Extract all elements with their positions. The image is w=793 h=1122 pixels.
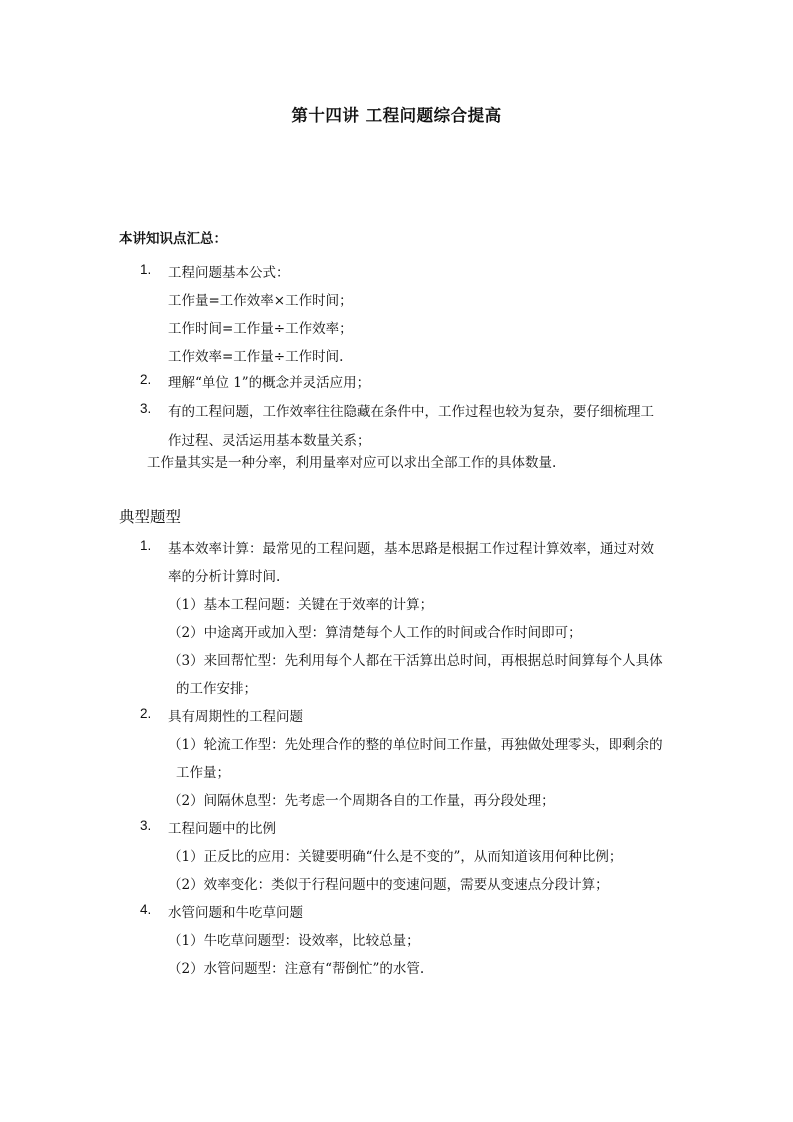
- list-item: 有的工程问题，工作效率往往隐藏在条件中，工作过程也较为复杂，要仔细梳理工: [168, 400, 654, 420]
- list-number: 2.: [140, 372, 151, 387]
- sub-item-continued: 的工作安排；: [176, 677, 257, 697]
- typical-heading: 典型题型: [119, 505, 181, 527]
- sub-item-continued: 工作量；: [176, 761, 230, 781]
- list-item: 水管问题和牛吃草问题: [168, 901, 303, 921]
- list-number: 2.: [140, 706, 151, 721]
- formula: 工作量=工作效率×工作时间；: [168, 289, 353, 309]
- summary-note: 工作量其实是一种分率，利用量率对应可以求出全部工作的具体数量.: [147, 451, 556, 471]
- list-item: 理解“单位 1”的概念并灵活应用；: [168, 371, 370, 391]
- list-number: 1.: [140, 262, 151, 277]
- list-item: 工程问题基本公式：: [168, 261, 290, 281]
- list-number: 1.: [140, 538, 151, 553]
- sub-item: （1）轮流工作型：先处理合作的整的单位时间工作量，再独做处理零头，即剩余的: [168, 733, 663, 753]
- list-item: 基本效率计算：最常见的工程问题，基本思路是根据工作过程计算效率，通过对效: [168, 537, 654, 557]
- sub-item: （3）来回帮忙型：先利用每个人都在干活算出总时间，再根据总时间算每个人具体: [168, 649, 663, 669]
- sub-item: （1）牛吃草问题型：设效率，比较总量；: [168, 929, 420, 949]
- list-number: 3.: [140, 401, 151, 416]
- sub-item: （1）基本工程问题：关键在于效率的计算；: [168, 593, 433, 613]
- page-title: 第十四讲 工程问题综合提高: [0, 102, 793, 126]
- list-item-continued: 率的分析计算时间.: [168, 565, 280, 585]
- list-number: 3.: [140, 818, 151, 833]
- formula: 工作时间=工作量÷工作效率；: [168, 317, 353, 337]
- list-item: 工程问题中的比例: [168, 817, 276, 837]
- sub-item: （2）间隔休息型：先考虑一个周期各自的工作量，再分段处理；: [168, 789, 555, 809]
- list-number: 4.: [140, 902, 151, 917]
- sub-item: （2）效率变化：类似于行程问题中的变速问题，需要从变速点分段计算；: [168, 873, 609, 893]
- list-item-continued: 作过程、灵活运用基本数量关系；: [168, 429, 371, 449]
- list-item: 具有周期性的工程问题: [168, 705, 303, 725]
- sub-item: （2）水管问题型：注意有“帮倒忙”的水管.: [168, 957, 424, 977]
- summary-heading: 本讲知识点汇总：: [119, 227, 227, 247]
- formula: 工作效率=工作量÷工作时间.: [168, 345, 343, 365]
- sub-item: （1）正反比的应用：关键要明确“什么是不变的”，从而知道该用何种比例；: [168, 845, 622, 865]
- sub-item: （2）中途离开或加入型：算清楚每个人工作的时间或合作时间即可；: [168, 621, 582, 641]
